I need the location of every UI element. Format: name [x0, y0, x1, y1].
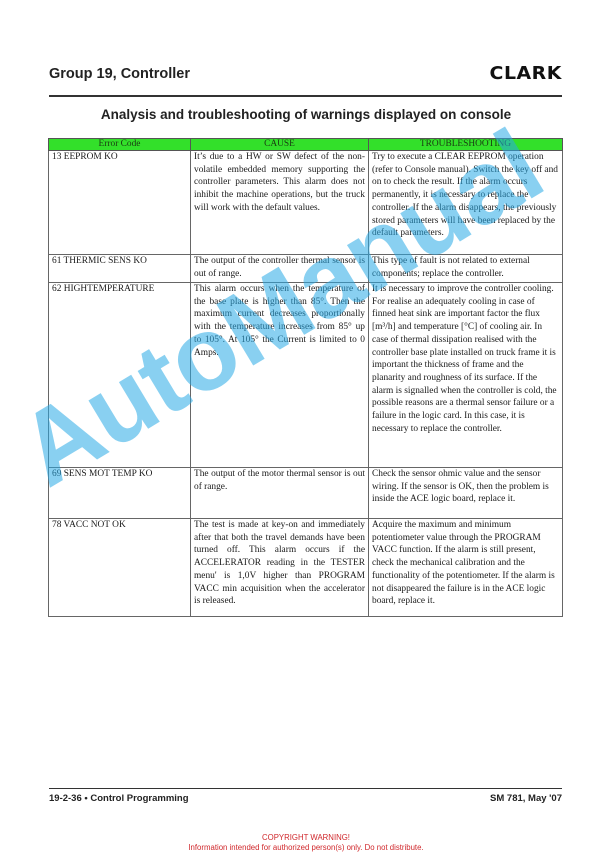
troubleshooting-cell: It is necessary to improve the controlle… [369, 283, 563, 468]
cause-cell: The output of the motor thermal sensor i… [191, 468, 369, 519]
troubleshooting-table: Error Code CAUSE TROUBLESHOOTING 13 EEPR… [48, 138, 563, 617]
manual-reference: SM 781, May '07 [490, 793, 562, 804]
error-code-cell: 13 EEPROM KO [49, 151, 191, 255]
cause-cell: The test is made at key-on and immediate… [191, 519, 369, 617]
column-header-cause: CAUSE [191, 139, 369, 151]
footer-divider [49, 788, 562, 789]
troubleshooting-cell: Acquire the maximum and minimum potentio… [369, 519, 563, 617]
error-code-cell: 78 VACC NOT OK [49, 519, 191, 617]
cause-cell: This alarm occurs when the temperature o… [191, 283, 369, 468]
column-header-error-code: Error Code [49, 139, 191, 151]
troubleshooting-cell: Try to execute a CLEAR EEPROM operation … [369, 151, 563, 255]
troubleshooting-cell: This type of fault is not related to ext… [369, 255, 563, 283]
brand-logo: CLARK [490, 63, 562, 84]
troubleshooting-cell: Check the sensor ohmic value and the sen… [369, 468, 563, 519]
table-row: 62 HIGHTEMPERATURE This alarm occurs whe… [49, 283, 563, 468]
table-header-row: Error Code CAUSE TROUBLESHOOTING [49, 139, 563, 151]
cause-cell: The output of the controller thermal sen… [191, 255, 369, 283]
copyright-heading: COPYRIGHT WARNING! [0, 833, 612, 843]
group-title: Group 19, Controller [49, 66, 190, 82]
table-row: 69 SENS MOT TEMP KO The output of the mo… [49, 468, 563, 519]
cause-cell: It’s due to a HW or SW defect of the non… [191, 151, 369, 255]
error-code-cell: 62 HIGHTEMPERATURE [49, 283, 191, 468]
page-title: Analysis and troubleshooting of warnings… [0, 107, 612, 122]
copyright-warning: COPYRIGHT WARNING! Information intended … [0, 833, 612, 853]
error-code-cell: 69 SENS MOT TEMP KO [49, 468, 191, 519]
column-header-troubleshooting: TROUBLESHOOTING [369, 139, 563, 151]
header-divider [49, 95, 562, 97]
copyright-notice: Information intended for authorized pers… [0, 843, 612, 853]
table-row: 78 VACC NOT OK The test is made at key-o… [49, 519, 563, 617]
page-number: 19-2-36 • Control Programming [49, 793, 189, 804]
error-code-cell: 61 THERMIC SENS KO [49, 255, 191, 283]
table-row: 13 EEPROM KO It’s due to a HW or SW defe… [49, 151, 563, 255]
table-row: 61 THERMIC SENS KO The output of the con… [49, 255, 563, 283]
